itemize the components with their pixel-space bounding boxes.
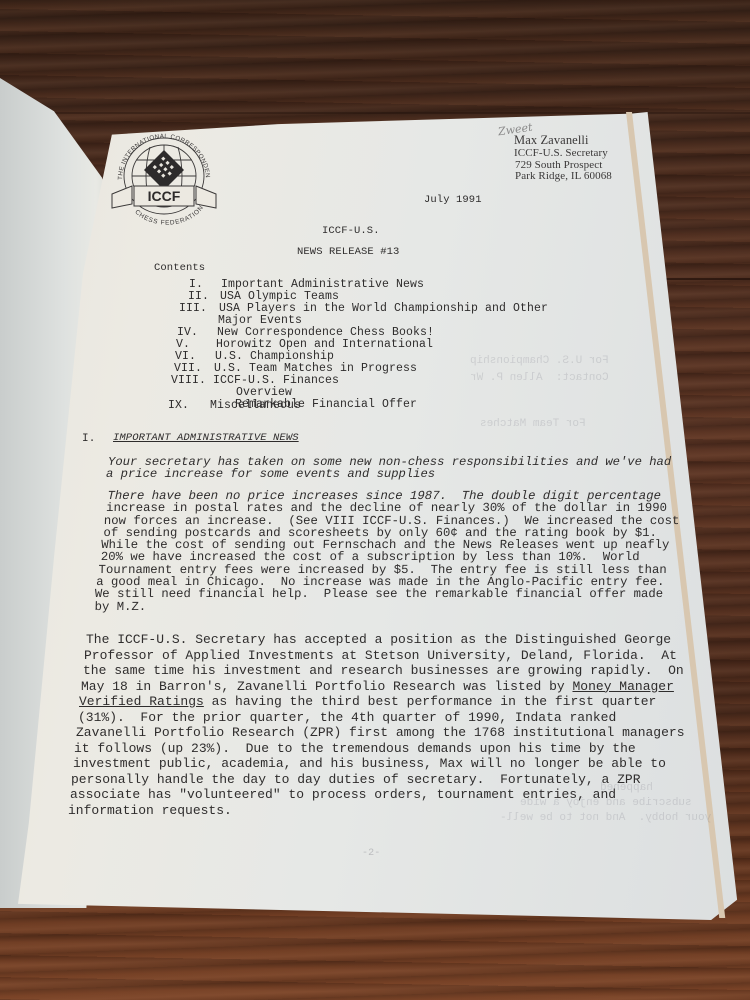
paragraph-line: it follows (up 23%). Due to the tremendo… — [74, 741, 685, 757]
paragraph-line: information requests. — [68, 803, 685, 819]
paragraph-line: personally handle the day to day duties … — [71, 772, 685, 788]
contents-num: III. — [179, 303, 207, 315]
logo-banner-text: ICCF — [148, 188, 181, 204]
line-text: as having the third best performance in … — [204, 694, 656, 709]
paragraph-line: Verified Ratings as having the third bes… — [79, 694, 685, 710]
sender-name: Max Zavanelli — [514, 135, 589, 147]
sender-city: Park Ridge, IL 60068 — [515, 171, 612, 183]
paragraph-line: (31%). For the prior quarter, the 4th qu… — [78, 710, 685, 726]
contents-heading: Contents — [154, 262, 205, 274]
paragraph-line: 20% we have increased the cost of a subs… — [101, 551, 679, 563]
contents-item: Miscellaneous — [210, 400, 301, 412]
release-title: NEWS RELEASE #13 — [297, 246, 399, 258]
paragraph-line: Zavanelli Portfolio Research (ZPR) first… — [76, 725, 685, 741]
sender-title: ICCF-U.S. Secretary — [514, 148, 608, 160]
bleed-through-text: For Team Matches — [480, 418, 586, 430]
verified-ratings-link: Verified Ratings — [79, 694, 204, 709]
paragraph-line: investment public, academia, and his bus… — [73, 756, 685, 772]
logo-ring-text-bottom: CHESS FEDERATION — [133, 204, 205, 227]
paragraph-line: We still need financial help. Please see… — [95, 588, 678, 600]
line-text: May 18 in Barron's, Zavanelli Portfolio … — [81, 679, 572, 694]
paragraph-line: Professor of Applied Investments at Stet… — [84, 648, 685, 664]
document-content: For U.S. Championship Contact: Allen P. … — [0, 0, 750, 1000]
paragraph-line: The ICCF-U.S. Secretary has accepted a p… — [86, 632, 685, 648]
section-title: IMPORTANT ADMINISTRATIVE NEWS — [113, 432, 299, 444]
org-title: ICCF-U.S. — [322, 225, 380, 237]
contents-num: IX. — [168, 400, 189, 412]
iccf-logo-icon: ICCF THE INTERNATIONAL CORRESPONDENCE CH… — [108, 128, 220, 228]
paragraph-line: May 18 in Barron's, Zavanelli Portfolio … — [81, 679, 685, 695]
svg-text:CHESS FEDERATION: CHESS FEDERATION — [133, 204, 205, 227]
intro-line: a price increase for some events and sup… — [106, 468, 671, 480]
paragraph-secretary-news: The ICCF-U.S. Secretary has accepted a p… — [86, 632, 685, 818]
release-date: July 1991 — [424, 194, 482, 206]
bleed-through-text: Contact: Allen P. Wr — [470, 372, 609, 384]
section-number: I. — [82, 433, 95, 445]
paragraph-line: by M.Z. — [94, 601, 677, 613]
paragraph-line: the same time his investment and researc… — [83, 663, 685, 679]
section-intro: Your secretary has taken on some new non… — [108, 456, 671, 480]
paragraph-price-increase: There have been no price increases since… — [104, 490, 680, 613]
contents-num: VIII. — [171, 375, 206, 387]
paragraph-line: associate has "volunteered" to process o… — [70, 787, 685, 803]
bleed-through-text: For U.S. Championship — [470, 355, 609, 367]
paragraph-line: increase in postal rates and the decline… — [106, 502, 680, 514]
money-manager-link: Money Manager — [572, 679, 673, 694]
page-number: -2- — [362, 848, 380, 860]
